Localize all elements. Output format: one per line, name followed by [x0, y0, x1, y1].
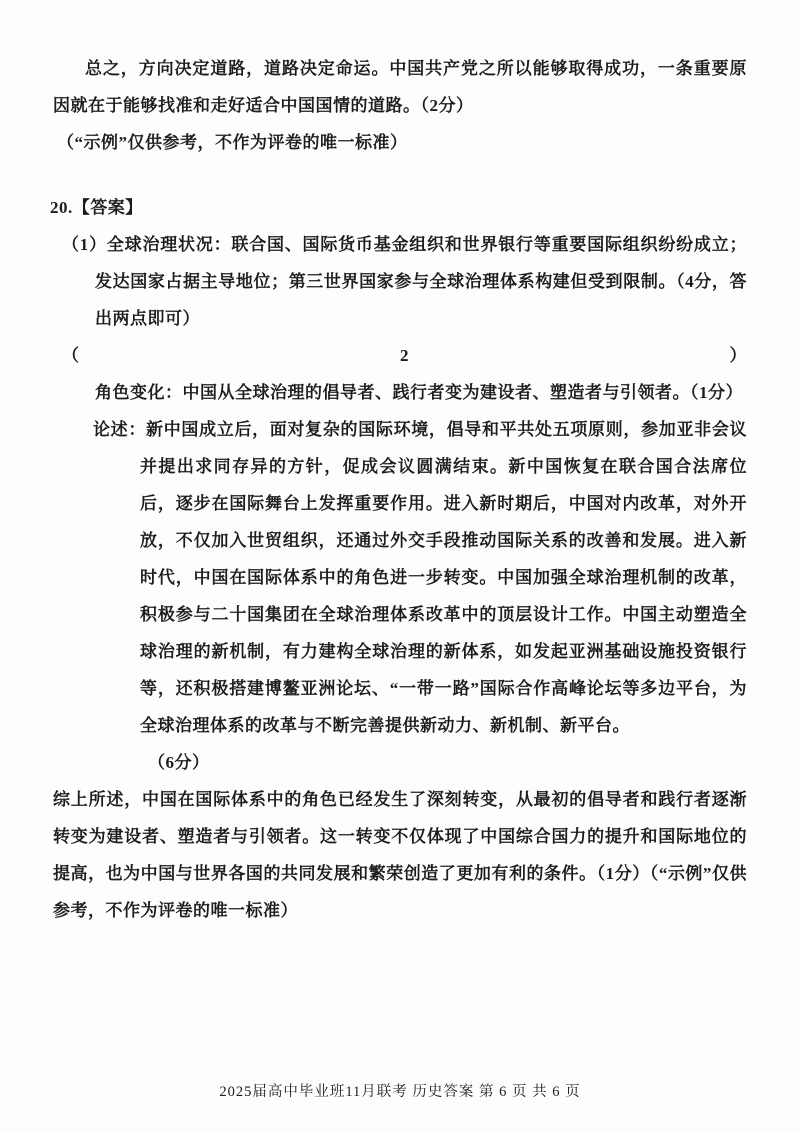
answer-part-1: （1）全球治理状况：联合国、国际货币基金组织和世界银行等重要国际组织纷纷成立；发…	[53, 226, 747, 337]
answer-content: 总之，方向决定道路，道路决定命运。中国共产党之所以能够取得成功，一条重要原因就在…	[53, 50, 747, 929]
conclusion-paragraph: 综上所述，中国在国际体系中的角色已经发生了深刻转变，从最初的倡导者和践行者逐渐转…	[53, 781, 747, 929]
page-footer: 2025届高中毕业班11月联考 历史答案 第 6 页 共 6 页	[0, 1080, 800, 1101]
discussion-label: 论述：	[93, 420, 146, 439]
discussion-text: 新中国成立后，面对复杂的国际环境，倡导和平共处五项原则，参加亚非会议并提出求同存…	[140, 420, 747, 735]
answer-part-2: （2）角色变化：中国从全球治理的倡导者、践行者变为建设者、塑造者与引领者。（1分…	[53, 337, 747, 411]
scanned-answer-page: 总之，方向决定道路，道路决定命运。中国共产党之所以能够取得成功，一条重要原因就在…	[0, 0, 800, 1131]
question-20-header: 20.【答案】	[50, 189, 747, 226]
part-2-label: （2）	[62, 346, 747, 365]
discussion-paragraph: 论述：新中国成立后，面对复杂的国际环境，倡导和平共处五项原则，参加亚非会议并提出…	[140, 411, 747, 744]
grading-note: （“示例”仅供参考，不作为评卷的唯一标准）	[53, 124, 747, 161]
answer-header-label: 【答案】	[73, 198, 143, 217]
question-number: 20.	[50, 198, 73, 217]
part-1-text: 全球治理状况：联合国、国际货币基金组织和世界银行等重要国际组织纷纷成立；发达国家…	[95, 235, 747, 328]
discussion-score: （6分）	[148, 744, 747, 781]
part-1-label: （1）	[62, 235, 107, 254]
part-2-text: 角色变化：中国从全球治理的倡导者、践行者变为建设者、塑造者与引领者。（1分）	[95, 383, 743, 402]
summary-paragraph: 总之，方向决定道路，道路决定命运。中国共产党之所以能够取得成功，一条重要原因就在…	[53, 50, 747, 124]
